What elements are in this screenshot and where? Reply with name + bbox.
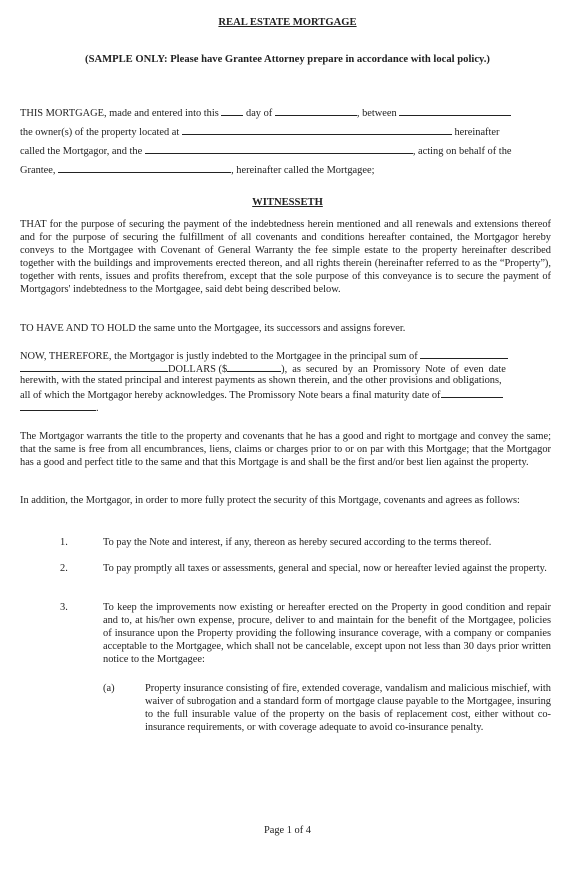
now-therefore-line-5: . [20, 400, 99, 415]
covenant-item: To pay promptly all taxes or assessments… [103, 562, 551, 575]
covenant-number: 1. [60, 536, 68, 549]
covenant-item: To keep the improvements now existing or… [103, 601, 551, 666]
covenant-number: 2. [60, 562, 68, 575]
warrants-paragraph: The Mortgagor warrants the title to the … [20, 430, 551, 469]
maturity-date-blank-2[interactable] [20, 400, 96, 411]
principal-sum-words-blank-2[interactable] [20, 361, 168, 372]
maturity-date-blank[interactable] [441, 387, 503, 398]
witnesseth-heading: WITNESSETH [0, 196, 575, 209]
in-addition-paragraph: In addition, the Mortgagor, in order to … [20, 494, 551, 507]
covenant-item: To pay the Note and interest, if any, th… [103, 536, 551, 549]
subitem-text: Property insurance consisting of fire, e… [145, 682, 551, 734]
property-address-blank[interactable] [182, 124, 452, 135]
intro-line-4: Grantee, , hereinafter called the Mortga… [20, 162, 374, 177]
that-paragraph: THAT for the purpose of securing the pay… [20, 218, 551, 296]
principal-sum-amount-blank[interactable] [227, 361, 281, 372]
to-have-paragraph: TO HAVE AND TO HOLD the same unto the Mo… [20, 322, 551, 335]
day-blank[interactable] [221, 105, 243, 116]
month-blank[interactable] [275, 105, 357, 116]
document-subtitle: (SAMPLE ONLY: Please have Grantee Attorn… [0, 53, 575, 66]
now-therefore-line-3: herewith, with the stated principal and … [20, 374, 502, 387]
grantee-agent-blank[interactable] [145, 143, 413, 154]
subitem-number: (a) [103, 682, 115, 695]
covenant-number: 3. [60, 601, 68, 614]
mortgagor-name-blank[interactable] [399, 105, 511, 116]
document-title: REAL ESTATE MORTGAGE [0, 16, 575, 29]
intro-line-3: called the Mortgagor, and the , acting o… [20, 143, 512, 158]
page-footer: Page 1 of 4 [0, 824, 575, 837]
mortgagee-name-blank[interactable] [58, 162, 231, 173]
intro-line-2: the owner(s) of the property located at … [20, 124, 499, 139]
principal-sum-words-blank[interactable] [420, 348, 508, 359]
intro-line-1: THIS MORTGAGE, made and entered into thi… [20, 105, 511, 120]
